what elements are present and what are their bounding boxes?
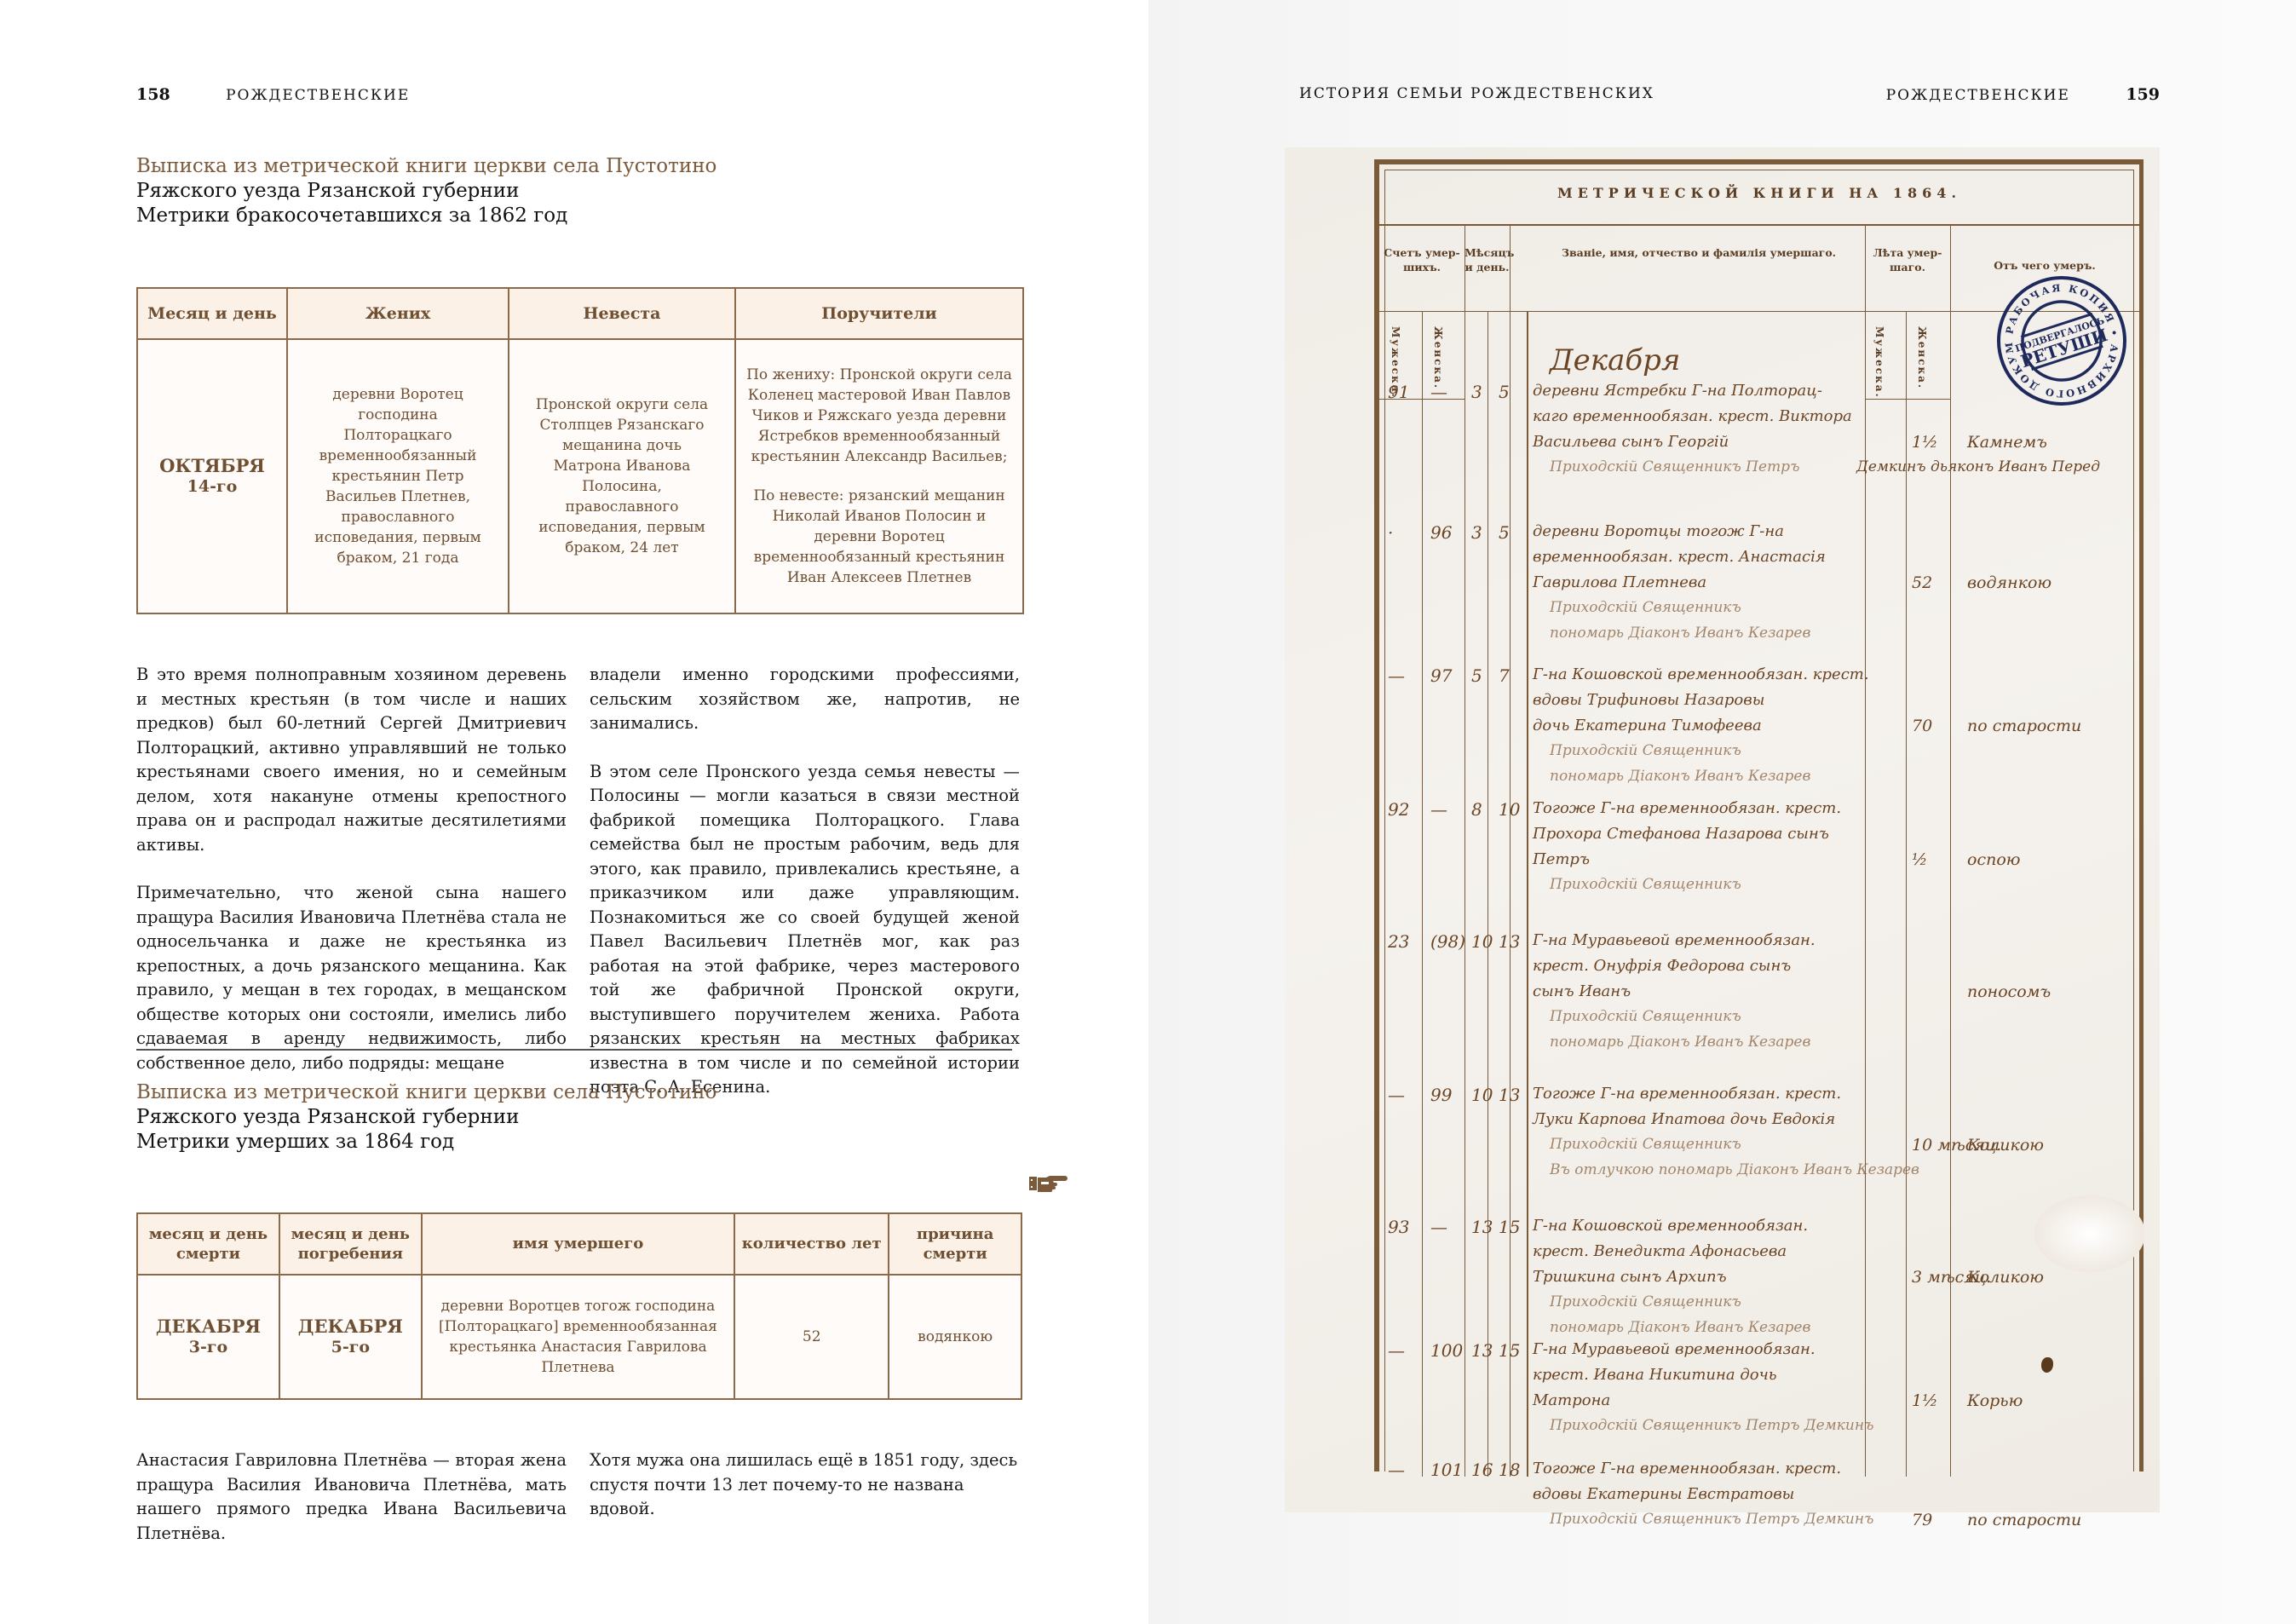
entry-age: 52 (1912, 573, 1932, 592)
header-guarantors: Поручители (735, 288, 1023, 339)
header-burial-date: месяц и день погребения (279, 1213, 422, 1275)
entry-text-line: вдовы Екатерины Евстратовы (1533, 1485, 1794, 1503)
table-row: ОКТЯБРЯ 14-го деревни Воротец господина … (137, 339, 1023, 613)
col-name: Званіе, имя, отчество и фамилія умершаго… (1533, 245, 1865, 260)
entry-cause: водянкою (1967, 573, 2051, 592)
entry-cause: Корью (1967, 1391, 2023, 1410)
entry-age: 1½ (1912, 433, 1938, 452)
entry-age: 79 (1912, 1511, 1932, 1529)
extract1-title: Выписка из метрической книги церкви села… (136, 154, 716, 179)
extract2-title: Выписка из метрической книги церкви села… (136, 1080, 716, 1105)
entry-burial-day: 10 (1499, 799, 1520, 820)
entry-text-line: Приходскій Священникъ (1550, 742, 1741, 759)
entry-burial-day: 7 (1499, 665, 1510, 686)
col-count: Счетъ умер-шихъ. (1379, 245, 1464, 274)
entry-female-count: 97 (1430, 665, 1452, 686)
entry-text-line: пономарь Діаконъ Иванъ Кезарев (1550, 1319, 1810, 1336)
running-head-book-title: РОЖДЕСТВЕНСКИЕ (226, 87, 410, 104)
page-number: 158 (136, 85, 170, 104)
entry-text-line: пономарь Діаконъ Иванъ Кезарев (1550, 625, 1810, 642)
col-cause: Отъ чего умеръ. (1950, 258, 2139, 273)
entry-text-line: Тогоже Г-на временнообязан. крест. (1533, 1460, 1841, 1477)
running-head-section: ИСТОРИЯ СЕМЬИ РОЖДЕСТВЕНСКИХ (1299, 85, 1654, 102)
col-male: Мужеска. (1873, 326, 1885, 399)
death-record-table: месяц и день смерти месяц и день погребе… (136, 1212, 1022, 1400)
page-number: 159 (2126, 85, 2160, 104)
cell-burial-month: ДЕКАБРЯ (287, 1316, 414, 1337)
body2-column-2: Хотя мужа она лишилась ещё в 1851 году, … (590, 1448, 1020, 1546)
entry-male-count: 92 (1388, 799, 1409, 820)
entry-male-count: — (1388, 1085, 1405, 1105)
header-cause: причина смерти (889, 1213, 1021, 1275)
entry-male-count: — (1388, 665, 1405, 686)
entry-death-day: 16 (1471, 1460, 1493, 1480)
entry-text-line: Приходскій Священникъ (1550, 1008, 1741, 1025)
cell-burial-date: ДЕКАБРЯ 5-го (279, 1275, 422, 1399)
cell-death-month: ДЕКАБРЯ (145, 1316, 272, 1337)
body2-column-1: Анастасия Гавриловна Плетнёва — вторая ж… (136, 1448, 567, 1569)
body-column-1: В это время полноправным хозяином дереве… (136, 663, 567, 1099)
entry-text-line: пономарь Діаконъ Иванъ Кезарев (1550, 1034, 1810, 1051)
cell-month: ОКТЯБРЯ (145, 456, 279, 476)
cell-death-date: ДЕКАБРЯ 3-го (137, 1275, 279, 1399)
entry-text-line: пономарь Діаконъ Иванъ Кезарев (1550, 768, 1810, 785)
entry-clergy: Демкинъ дьяконъ Иванъ Перед (1856, 458, 2100, 475)
entry-cause: поносомъ (1967, 982, 2051, 1001)
entry-age: ½ (1912, 850, 1927, 869)
entry-text-line: Г-на Муравьевой временнообязан. (1533, 931, 1816, 949)
entry-text-line: вдовы Трифиновы Назаровы (1533, 691, 1764, 709)
cell-death-day: 3-го (145, 1337, 272, 1357)
extract2-record-type: Метрики умерших за 1864 год (136, 1130, 716, 1155)
entry-female-count: 96 (1430, 522, 1452, 543)
entry-burial-day: 15 (1499, 1217, 1520, 1237)
entry-text-line: каго временнообязан. крест. Виктора (1533, 407, 1852, 425)
running-head-book-title: РОЖДЕСТВЕНСКИЕ (1886, 87, 2070, 104)
cell-groom: деревни Воротец господина Полторацкаго в… (287, 339, 509, 613)
table-row: ДЕКАБРЯ 3-го ДЕКАБРЯ 5-го деревни Воротц… (137, 1275, 1021, 1399)
guarantors-bride: По невесте: рязанский мещанин Николай Ив… (743, 486, 1016, 588)
entry-female-count: (98) (1430, 931, 1465, 952)
guarantors-groom: По жениху: Пронской округи села Коленец … (743, 365, 1016, 467)
entry-burial-day: 18 (1499, 1460, 1520, 1480)
left-page: 158 РОЖДЕСТВЕНСКИЕ ИСТОРИЯ СЕМЬИ РОЖДЕСТ… (0, 0, 1148, 1624)
entry-death-day: 10 (1471, 1085, 1493, 1105)
cell-cause: водянкою (889, 1275, 1021, 1399)
entry-male-count: 23 (1388, 931, 1409, 952)
entry-text-line: Прохора Стефанова Назарова сынъ (1533, 825, 1829, 843)
entry-female-count: 99 (1430, 1085, 1452, 1105)
entry-text-line: деревни Ястребки Г-на Полторац- (1533, 382, 1822, 400)
entry-male-count: 93 (1388, 1217, 1409, 1237)
entry-text-line: Г-на Кошовской временнообязан. крест. (1533, 665, 1869, 683)
extract2-district: Ряжского уезда Рязанской губернии (136, 1105, 716, 1130)
entry-cause: по старости (1967, 1511, 2081, 1529)
entry-text-line: дочь Екатерина Тимофеева (1533, 717, 1762, 734)
cell-burial-day: 5-го (287, 1337, 414, 1357)
entry-text-line: Тогоже Г-на временнообязан. крест. (1533, 1085, 1841, 1103)
entry-burial-day: 5 (1499, 522, 1510, 543)
body-column-2: владели именно городскими профессиями, с… (590, 663, 1020, 1124)
cell-bride: Пронской округи села Столпцев Рязанскаго… (509, 339, 735, 613)
entry-cause: Камнемъ (1967, 433, 2047, 452)
entry-text-line: крест. Венедикта Афонасьева (1533, 1242, 1787, 1260)
entry-text-line: деревни Воротцы тогож Г-на (1533, 522, 1784, 540)
entry-age: 1½ (1912, 1391, 1938, 1410)
cell-age: 52 (734, 1275, 889, 1399)
entry-text-line: Приходскій Священникъ Петръ (1550, 458, 1799, 475)
header-age: количество лет (734, 1213, 889, 1275)
header-deceased-name: имя умершего (422, 1213, 734, 1275)
header-month-day: Месяц и день (137, 288, 287, 339)
entry-male-count: — (1388, 1340, 1405, 1361)
paragraph: Хотя мужа она лишилась ещё в 1851 году, … (590, 1448, 1020, 1522)
entry-female-count: 100 (1430, 1340, 1463, 1361)
cell-day: 14-го (145, 476, 279, 497)
entry-female-count: — (1430, 1217, 1447, 1237)
entry-death-day: 13 (1471, 1340, 1493, 1361)
entry-burial-day: 5 (1499, 382, 1510, 402)
entry-text-line: Васильева сынъ Георгій (1533, 433, 1729, 451)
col-month-day: Мѣсяцъ и день. (1464, 245, 1510, 274)
extract1-district: Ряжского уезда Рязанской губернии (136, 179, 716, 204)
entry-female-count: 101 (1430, 1460, 1463, 1480)
archive-retouch-stamp: РАБОЧАЯ КОПИЯ • АРХИВНОГО ДОКУМЕНТА • ПО… (1996, 275, 2127, 406)
col-female: Женска. (1916, 326, 1928, 389)
document-title: МЕТРИЧЕСКОЙ КНИГИ НА 1864. (1379, 185, 2139, 201)
entry-text-line: Приходскій Священникъ (1550, 1293, 1741, 1310)
entry-death-day: 3 (1471, 522, 1482, 543)
running-head-right: РОЖДЕСТВЕНСКИЕ 159 (1886, 85, 2160, 104)
entry-text-line: Г-на Кошовской временнообязан. (1533, 1217, 1808, 1235)
cell-deceased-name: деревни Воротцев тогож господина [Полтор… (422, 1275, 734, 1399)
entry-cause: Коликою (1967, 1136, 2044, 1155)
entry-text-line: временнообязан. крест. Анастасія (1533, 548, 1826, 566)
marriage-record-table: Месяц и день Жених Невеста Поручители ОК… (136, 287, 1024, 614)
extract2-heading: Выписка из метрической книги церкви села… (136, 1080, 716, 1155)
entry-text-line: Луки Карпова Ипатова дочь Евдокія (1533, 1110, 1835, 1128)
paragraph: Анастасия Гавриловна Плетнёва — вторая ж… (136, 1448, 567, 1546)
entry-text-line: Приходскій Священникъ (1550, 599, 1741, 616)
entry-text-line: крест. Ивана Никитина дочь (1533, 1366, 1777, 1384)
entry-female-count: — (1430, 799, 1447, 820)
entry-text-line: Петръ (1533, 850, 1590, 868)
table-header-row: месяц и день смерти месяц и день погребе… (137, 1213, 1021, 1275)
entry-male-count: · (1388, 522, 1393, 543)
entry-text-line: Матрона (1533, 1391, 1610, 1409)
paragraph: В это время полноправным хозяином дереве… (136, 663, 567, 857)
entry-cause: оспою (1967, 850, 2020, 869)
entry-text-line: Тришкина сынъ Архипъ (1533, 1268, 1727, 1286)
entry-cause: Коликою (1967, 1268, 2044, 1287)
table-header-row: Месяц и день Жених Невеста Поручители (137, 288, 1023, 339)
paragraph: Примечательно, что женой сына нашего пра… (136, 881, 567, 1075)
entry-text-line: Приходскій Священникъ (1550, 876, 1741, 893)
section-divider (136, 1049, 1012, 1051)
entry-death-day: 13 (1471, 1217, 1493, 1237)
entry-cause: по старости (1967, 717, 2081, 735)
entry-burial-day: 15 (1499, 1340, 1520, 1361)
col-age: Лѣта умер-шаго. (1865, 245, 1950, 274)
pointing-hand-icon (1029, 1174, 1068, 1193)
entry-burial-day: 13 (1499, 931, 1520, 952)
running-head-left: 158 РОЖДЕСТВЕНСКИЕ (136, 85, 410, 104)
col-female: Женска. (1432, 326, 1444, 389)
cell-date: ОКТЯБРЯ 14-го (137, 339, 287, 613)
header-groom: Жених (287, 288, 509, 339)
entry-text-line: Гаврилова Плетнева (1533, 573, 1706, 591)
handwritten-month-heading: Декабря (1550, 343, 1680, 377)
entry-male-count: 91 (1388, 382, 1409, 402)
entry-death-day: 5 (1471, 665, 1482, 686)
entry-text-line: Тогоже Г-на временнообязан. крест. (1533, 799, 1841, 817)
header-bride: Невеста (509, 288, 735, 339)
entry-male-count: — (1388, 1460, 1405, 1480)
entry-text-line: Г-на Муравьевой временнообязан. (1533, 1340, 1816, 1358)
entry-text-line: Приходскій Священникъ Петръ Демкинъ (1550, 1511, 1873, 1528)
entry-text-line: Приходскій Священникъ Петръ Демкинъ (1550, 1417, 1873, 1434)
entry-text-line: крест. Онуфрія Федорова сынъ (1533, 957, 1791, 975)
cell-guarantors: По жениху: Пронской округи села Коленец … (735, 339, 1023, 613)
entry-text-line: Приходскій Священникъ (1550, 1136, 1741, 1153)
paragraph: владели именно городскими профессиями, с… (590, 663, 1020, 736)
extract1-record-type: Метрики бракосочетавшихся за 1862 год (136, 204, 716, 228)
entry-death-day: 3 (1471, 382, 1482, 402)
extract1-heading: Выписка из метрической книги церкви села… (136, 154, 716, 228)
entry-text-line: Въ отлучкою пономарь Діаконъ Иванъ Кезар… (1550, 1161, 1919, 1178)
entry-death-day: 8 (1471, 799, 1482, 820)
entry-female-count: — (1430, 382, 1447, 402)
entry-age: 70 (1912, 717, 1932, 735)
entry-text-line: сынъ Иванъ (1533, 982, 1631, 1000)
entry-death-day: 10 (1471, 931, 1493, 952)
entry-burial-day: 13 (1499, 1085, 1520, 1105)
header-death-date: месяц и день смерти (137, 1213, 279, 1275)
